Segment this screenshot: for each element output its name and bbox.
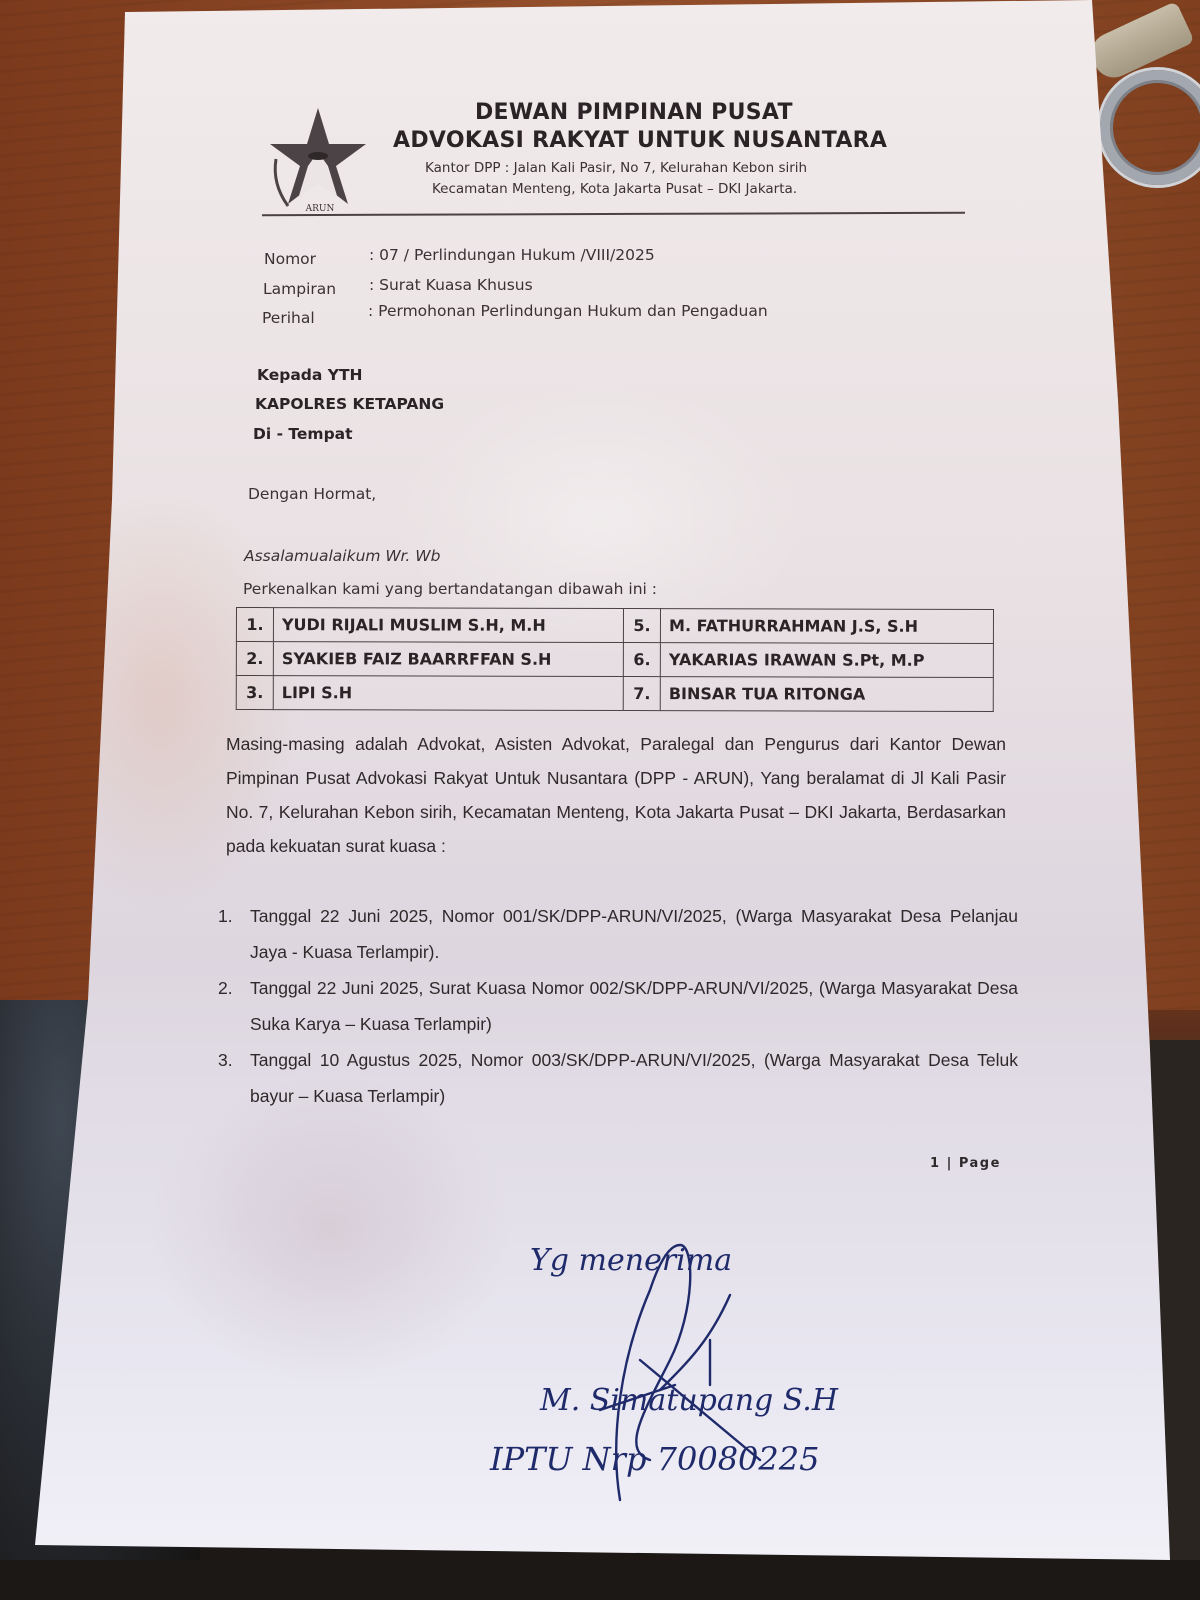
letterhead-address-line2: Kecamatan Menteng, Kota Jakarta Pusat – … [432, 181, 797, 197]
list-item: 3. Tanggal 10 Agustus 2025, Nomor 003/SK… [218, 1042, 1018, 1114]
star-emblem-icon: ARUN [268, 104, 368, 214]
recipient-line3: Di - Tempat [253, 425, 353, 443]
list-item: 1. Tanggal 22 Juni 2025, Nomor 001/SK/DP… [218, 898, 1018, 970]
letterhead-address-line1: Kantor DPP : Jalan Kali Pasir, No 7, Kel… [425, 160, 807, 176]
svg-text:ARUN: ARUN [305, 204, 335, 214]
handwritten-line1: Yg menerima [530, 1243, 732, 1278]
signatory-name: LIPI S.H [273, 676, 623, 711]
letterhead-title-line2: ADVOKASI RAKYAT UNTUK NUSANTARA [393, 128, 887, 153]
meta-value-nomor: : 07 / Perlindungan Hukum /VIII/2025 [369, 246, 655, 264]
list-item-text: Tanggal 10 Agustus 2025, Nomor 003/SK/DP… [250, 1042, 1018, 1114]
salam: Assalamualaikum Wr. Wb [244, 547, 440, 565]
page-number: 1 | Page [930, 1156, 1001, 1171]
letterhead-title-line1: DEWAN PIMPINAN PUSAT [475, 100, 793, 125]
intro-text: Perkenalkan kami yang bertandatangan dib… [243, 580, 657, 598]
table-row: 1. YUDI RIJALI MUSLIM S.H, M.H 5. M. FAT… [236, 608, 993, 644]
signatory-number: 3. [236, 676, 273, 710]
letter-document: ARUN DEWAN PIMPINAN PUSAT ADVOKASI RAKYA… [0, 0, 1200, 1600]
signatory-number: 5. [623, 609, 660, 643]
handwritten-line3: IPTU Nrp 70080225 [489, 1440, 819, 1478]
signatory-number: 2. [236, 642, 273, 676]
list-item-number: 1. [218, 898, 250, 970]
signatory-name: SYAKIEB FAIZ BAARRFFAN S.H [273, 642, 623, 677]
meta-label-lampiran: Lampiran [263, 280, 336, 298]
signatory-number: 6. [623, 643, 660, 677]
signatory-name: YUDI RIJALI MUSLIM S.H, M.H [273, 608, 623, 643]
list-item-number: 3. [218, 1042, 250, 1114]
list-item-text: Tanggal 22 Juni 2025, Surat Kuasa Nomor … [250, 970, 1018, 1042]
meta-value-perihal: : Permohonan Perlindungan Hukum dan Peng… [368, 302, 768, 320]
signatory-number: 1. [236, 608, 273, 642]
table-row: 3. LIPI S.H 7. BINSAR TUA RITONGA [236, 676, 993, 712]
greeting: Dengan Hormat, [248, 485, 376, 503]
signatory-name: BINSAR TUA RITONGA [660, 677, 993, 712]
table-row: 2. SYAKIEB FAIZ BAARRFFAN S.H 6. YAKARIA… [236, 642, 993, 678]
recipient-line1: Kepada YTH [257, 366, 363, 384]
list-item-number: 2. [218, 970, 250, 1042]
recipient-line2: KAPOLRES KETAPANG [255, 395, 444, 413]
handwritten-signature: Yg menerima M. Simatupang S.H IPTU Nrp 7… [470, 1200, 1030, 1510]
list-item-text: Tanggal 22 Juni 2025, Nomor 001/SK/DPP-A… [250, 898, 1018, 970]
body-paragraph: Masing-masing adalah Advokat, Asisten Ad… [226, 727, 1006, 863]
signatory-name: YAKARIAS IRAWAN S.Pt, M.P [660, 643, 993, 678]
meta-label-perihal: Perihal [262, 309, 315, 327]
power-of-attorney-list: 1. Tanggal 22 Juni 2025, Nomor 001/SK/DP… [218, 898, 1018, 1114]
list-item: 2. Tanggal 22 Juni 2025, Surat Kuasa Nom… [218, 970, 1018, 1042]
meta-value-lampiran: : Surat Kuasa Khusus [369, 276, 533, 294]
signatory-number: 7. [623, 677, 660, 711]
handwritten-line2: M. Simatupang S.H [539, 1383, 839, 1418]
signatories-table: 1. YUDI RIJALI MUSLIM S.H, M.H 5. M. FAT… [236, 607, 994, 712]
signatory-name: M. FATHURRAHMAN J.S, S.H [660, 609, 993, 644]
meta-label-nomor: Nomor [264, 250, 316, 268]
